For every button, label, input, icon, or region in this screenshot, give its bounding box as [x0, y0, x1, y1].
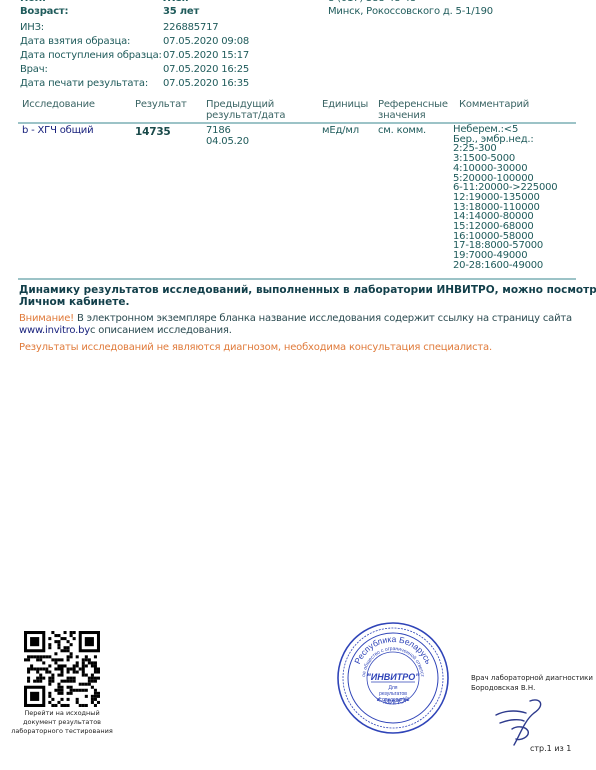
sample-received-label: Дата поступления образца:	[20, 50, 162, 62]
sex-label: Пол:	[20, 0, 46, 5]
site-note-text: с описанием исследования.	[90, 325, 232, 336]
dynamics-note-2: Личном кабинете.	[19, 296, 129, 309]
lab-phone: 8 (017) 388-48-48	[328, 0, 416, 5]
test-name-link[interactable]: b - ХГЧ общий	[22, 125, 93, 137]
doctor-title: Врач лабораторной диагностики	[471, 673, 593, 683]
lab-stamp: Республика Беларусь Иностранное общество…	[335, 620, 451, 736]
sample-received-value: 07.05.2020 15:17	[163, 50, 249, 62]
attention-note: Внимание! В электронном экземпляре бланк…	[19, 313, 572, 325]
sex-value: Жен	[163, 0, 188, 5]
reference-value: см. комм.	[378, 125, 426, 137]
col-header-result: Результат	[135, 99, 187, 111]
doctor-name: Бородовская В.Н.	[471, 683, 535, 693]
site-link[interactable]: www.invitro.by	[19, 325, 90, 336]
comment-line: 20-28:1600-49000	[453, 261, 557, 271]
print-date-label: Дата печати результата:	[20, 78, 148, 90]
attention-word: Внимание!	[19, 313, 74, 324]
age-value: 35 лет	[163, 6, 199, 18]
col-header-test: Исследование	[22, 99, 95, 111]
page-number: стр.1 из 1	[530, 744, 571, 754]
col-header-ref-2: значения	[378, 110, 426, 122]
col-header-units: Единицы	[322, 99, 368, 111]
col-header-comment: Комментарий	[459, 99, 529, 111]
inz-label: ИНЗ:	[20, 22, 44, 34]
qr-caption-line: документ результатов	[10, 718, 114, 727]
table-bottom-divider	[18, 278, 576, 280]
qr-code[interactable]	[24, 631, 100, 707]
units-value: мЕд/мл	[322, 125, 359, 137]
comment-list: Неберем.:<5Бер., эмбр.нед.:2:25-3003:150…	[453, 125, 557, 271]
print-date-value: 07.05.2020 16:35	[163, 78, 249, 90]
stamp-name: "ИНВИТРО"	[367, 672, 421, 682]
inz-value: 226885717	[163, 22, 218, 34]
qr-caption-line: Перейти на исходный	[10, 709, 114, 718]
sample-taken-value: 07.05.2020 09:08	[163, 36, 249, 48]
lab-address: Минск, Рокоссовского д. 5-1/190	[328, 6, 493, 18]
doctor-value: 07.05.2020 16:25	[163, 64, 249, 76]
col-header-prev-2: результат/дата	[206, 110, 285, 122]
result-value: 14735	[135, 126, 171, 138]
sample-taken-label: Дата взятия образца:	[20, 36, 130, 48]
qr-caption-line: лабораторного тестирования	[10, 727, 114, 736]
disclaimer: Результаты исследований не являются диаг…	[19, 342, 492, 354]
qr-caption: Перейти на исходный документ результатов…	[10, 709, 114, 736]
age-label: Возраст:	[20, 6, 68, 18]
signature-icon	[490, 695, 550, 750]
doctor-label: Врач:	[20, 64, 48, 76]
prev-result-date: 04.05.20	[206, 136, 249, 148]
site-note: www.invitro.byс описанием исследования.	[19, 325, 232, 337]
stamp-purpose-line: исследований	[377, 696, 410, 703]
attention-text: В электронном экземпляре бланка название…	[74, 313, 572, 324]
